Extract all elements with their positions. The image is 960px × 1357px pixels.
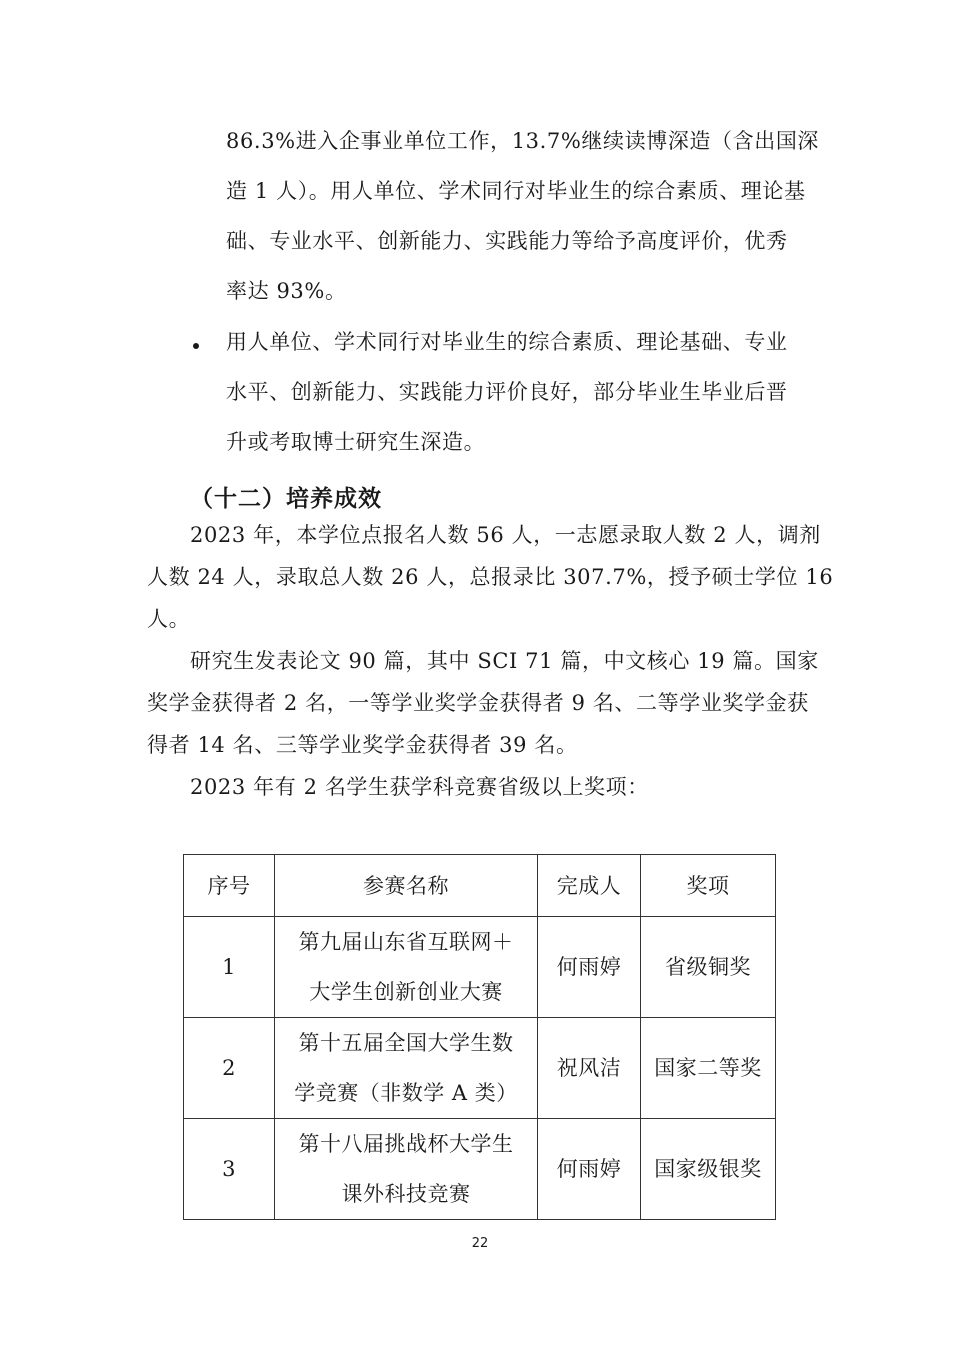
- bullet-icon: [193, 343, 199, 349]
- name-line: 第十八届挑战杯大学生: [281, 1119, 531, 1169]
- text-line: 2023 年，本学位点报名人数 56 人，一志愿录取人数 2 人，调剂: [190, 525, 821, 546]
- cell-name: 第十八届挑战杯大学生 课外科技竞赛: [275, 1119, 538, 1220]
- header-person: 完成人: [538, 855, 641, 917]
- cell-award: 国家二等奖: [641, 1018, 776, 1119]
- cell-name: 第九届山东省互联网＋ 大学生创新创业大赛: [275, 917, 538, 1018]
- header-name: 参赛名称: [275, 855, 538, 917]
- cell-award: 国家级银奖: [641, 1119, 776, 1220]
- text-line: 率达 93%。: [226, 281, 347, 302]
- table-header-row: 序号 参赛名称 完成人 奖项: [184, 855, 776, 917]
- cell-person: 何雨婷: [538, 1119, 641, 1220]
- cell-person: 祝风洁: [538, 1018, 641, 1119]
- text-line: 人。: [147, 609, 190, 630]
- text-line: 研究生发表论文 90 篇，其中 SCI 71 篇，中文核心 19 篇。国家: [190, 651, 819, 672]
- name-line: 课外科技竞赛: [281, 1169, 531, 1219]
- cell-no: 2: [184, 1018, 275, 1119]
- table-row: 1 第九届山东省互联网＋ 大学生创新创业大赛 何雨婷 省级铜奖: [184, 917, 776, 1018]
- cell-no: 3: [184, 1119, 275, 1220]
- header-no: 序号: [184, 855, 275, 917]
- name-line: 大学生创新创业大赛: [281, 967, 531, 1017]
- page-number: 22: [0, 1236, 960, 1251]
- text-line: 用人单位、学术同行对毕业生的综合素质、理论基础、专业: [226, 332, 788, 353]
- text-line: 人数 24 人，录取总人数 26 人，总报录比 307.7%，授予硕士学位 16: [147, 567, 833, 588]
- name-line: 第九届山东省互联网＋: [281, 917, 531, 967]
- text-line: 水平、创新能力、实践能力评价良好，部分毕业生毕业后晋: [226, 382, 788, 403]
- paragraph-competition: 2023 年有 2 名学生获学科竞赛省级以上奖项：: [190, 777, 649, 798]
- text-line: 得者 14 名、三等学业奖学金获得者 39 名。: [147, 735, 578, 756]
- header-award: 奖项: [641, 855, 776, 917]
- cell-person: 何雨婷: [538, 917, 641, 1018]
- cell-name: 第十五届全国大学生数 学竞赛（非数学 A 类）: [275, 1018, 538, 1119]
- table-row: 3 第十八届挑战杯大学生 课外科技竞赛 何雨婷 国家级银奖: [184, 1119, 776, 1220]
- text-line: 86.3%进入企事业单位工作，13.7%继续读博深造（含出国深: [226, 131, 819, 152]
- text-line: 升或考取博士研究生深造。: [226, 432, 485, 453]
- text-line: 奖学金获得者 2 名，一等学业奖学金获得者 9 名、二等学业奖学金获: [147, 693, 809, 714]
- name-line: 学竞赛（非数学 A 类）: [281, 1068, 531, 1118]
- text-line: 础、专业水平、创新能力、实践能力等给予高度评价，优秀: [226, 231, 788, 252]
- section-heading: （十二）培养成效: [190, 480, 382, 513]
- cell-no: 1: [184, 917, 275, 1018]
- name-line: 第十五届全国大学生数: [281, 1018, 531, 1068]
- awards-table: 序号 参赛名称 完成人 奖项 1 第九届山东省互联网＋ 大学生创新创业大赛 何雨…: [183, 854, 776, 1220]
- cell-award: 省级铜奖: [641, 917, 776, 1018]
- text-line: 造 1 人）。用人单位、学术同行对毕业生的综合素质、理论基: [226, 181, 806, 202]
- table-row: 2 第十五届全国大学生数 学竞赛（非数学 A 类） 祝风洁 国家二等奖: [184, 1018, 776, 1119]
